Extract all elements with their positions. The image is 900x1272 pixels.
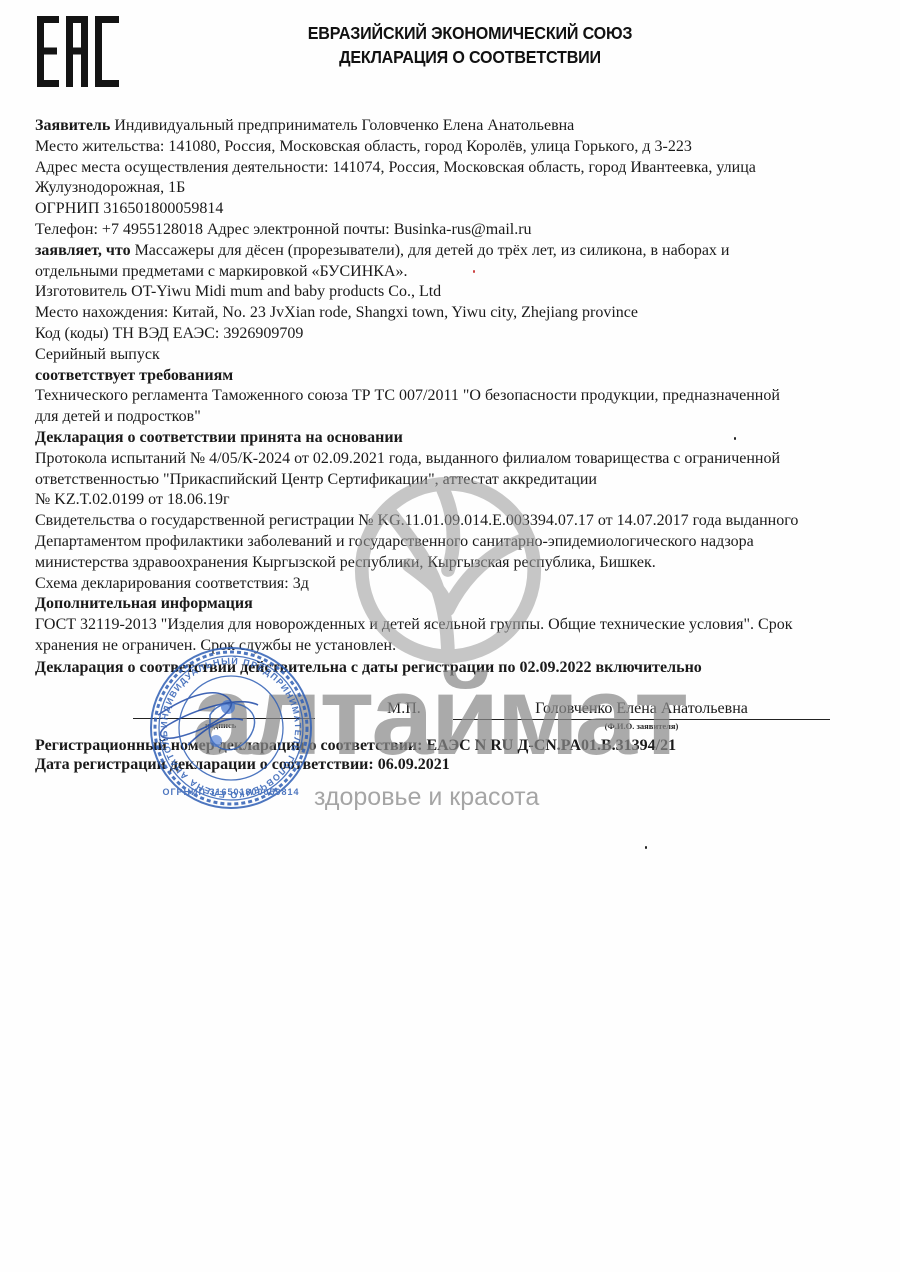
svg-text:ОГРНИП 316501800059814: ОГРНИП 316501800059814 [162,787,299,797]
applicant-name-caption: (Ф.И.О. заявителя) [453,721,830,731]
eac-logo-icon [37,16,119,87]
protocol-line-1: Протокола испытаний № 4/05/К-2024 от 02.… [35,449,845,470]
tn-ved-code: Код (коды) ТН ВЭД ЕАЭС: 3926909709 [35,324,845,345]
declaration-body: Заявитель Индивидуальный предприниматель… [35,116,845,657]
activity-address-2: Жулузнодорожная, 1Б [35,178,845,199]
ogrnip: ОГРНИП 316501800059814 [35,199,845,220]
additional-info-heading: Дополнительная информация [35,594,845,615]
manufacturer-location: Место нахождения: Китай, No. 23 JvXian r… [35,303,845,324]
manufacturer: Изготовитель OT-Yiwu Midi mum and baby p… [35,282,845,303]
validity-statement: Декларация о соответствии действительна … [35,659,702,677]
signature-line [133,718,315,719]
product-description: Массажеры для дёсен (прорезыватели), для… [131,242,730,259]
document-header: ЕВРАЗИЙСКИЙ ЭКОНОМИЧЕСКИЙ СОЮЗ ДЕКЛАРАЦИ… [258,21,681,69]
registration-number: Регистрационный номер декларации о соотв… [35,737,676,755]
protocol-line-2: ответственностью "Прикаспийский Центр Се… [35,470,845,491]
additional-info-line-1: ГОСТ 32119-2013 "Изделия для новорожденн… [35,615,845,636]
requirements-line-2: для детей и подростков" [35,407,845,428]
applicant-signature-name: Головченко Елена Анатольевна [453,700,830,718]
applicant-line: Заявитель Индивидуальный предприниматель… [35,116,845,137]
declaration-scheme: Схема декларирования соответствия: 3д [35,574,845,595]
release-type: Серийный выпуск [35,345,845,366]
basis-heading: Декларация о соответствии принята на осн… [35,428,845,449]
union-title: ЕВРАЗИЙСКИЙ ЭКОНОМИЧЕСКИЙ СОЮЗ [258,21,681,45]
scan-speck [734,437,736,440]
requirements-heading: соответствует требованиям [35,366,845,387]
declaration-page: ЕВРАЗИЙСКИЙ ЭКОНОМИЧЕСКИЙ СОЮЗ ДЕКЛАРАЦИ… [0,0,900,1272]
certificate-line-2: Департаментом профилактики заболеваний и… [35,532,845,553]
residence-address: Место жительства: 141080, Россия, Москов… [35,137,845,158]
scan-speck [473,270,475,273]
requirements-line-1: Технического регламента Таможенного союз… [35,386,845,407]
activity-address-1: Адрес места осуществления деятельности: … [35,158,845,179]
stamp-place-mark: М.П. [387,700,421,718]
watermark-tagline: здоровье и красота [314,783,539,812]
registration-date: Дата регистрации декларации о соответств… [35,756,450,774]
signature-caption: подпись [205,720,236,730]
certificate-line-1: Свидетельства о государственной регистра… [35,511,845,532]
declares-label: заявляет, что [35,242,131,259]
applicant-label: Заявитель [35,117,110,134]
document-title: ДЕКЛАРАЦИЯ О СООТВЕТСТВИИ [258,45,681,69]
applicant-name: Индивидуальный предприниматель Головченк… [110,117,574,134]
additional-info-line-2: хранения не ограничен. Срок службы не ус… [35,636,845,657]
product-line-1: заявляет, что Массажеры для дёсен (проре… [35,241,845,262]
contacts: Телефон: +7 4955128018 Адрес электронной… [35,220,845,241]
product-line-2: отдельными предметами с маркировкой «БУС… [35,262,845,283]
name-line [453,719,830,720]
certificate-line-3: министерства здравоохранения Кыргызской … [35,553,845,574]
scan-speck [645,846,647,849]
protocol-line-3: № KZ.T.02.0199 от 18.06.19г [35,490,845,511]
